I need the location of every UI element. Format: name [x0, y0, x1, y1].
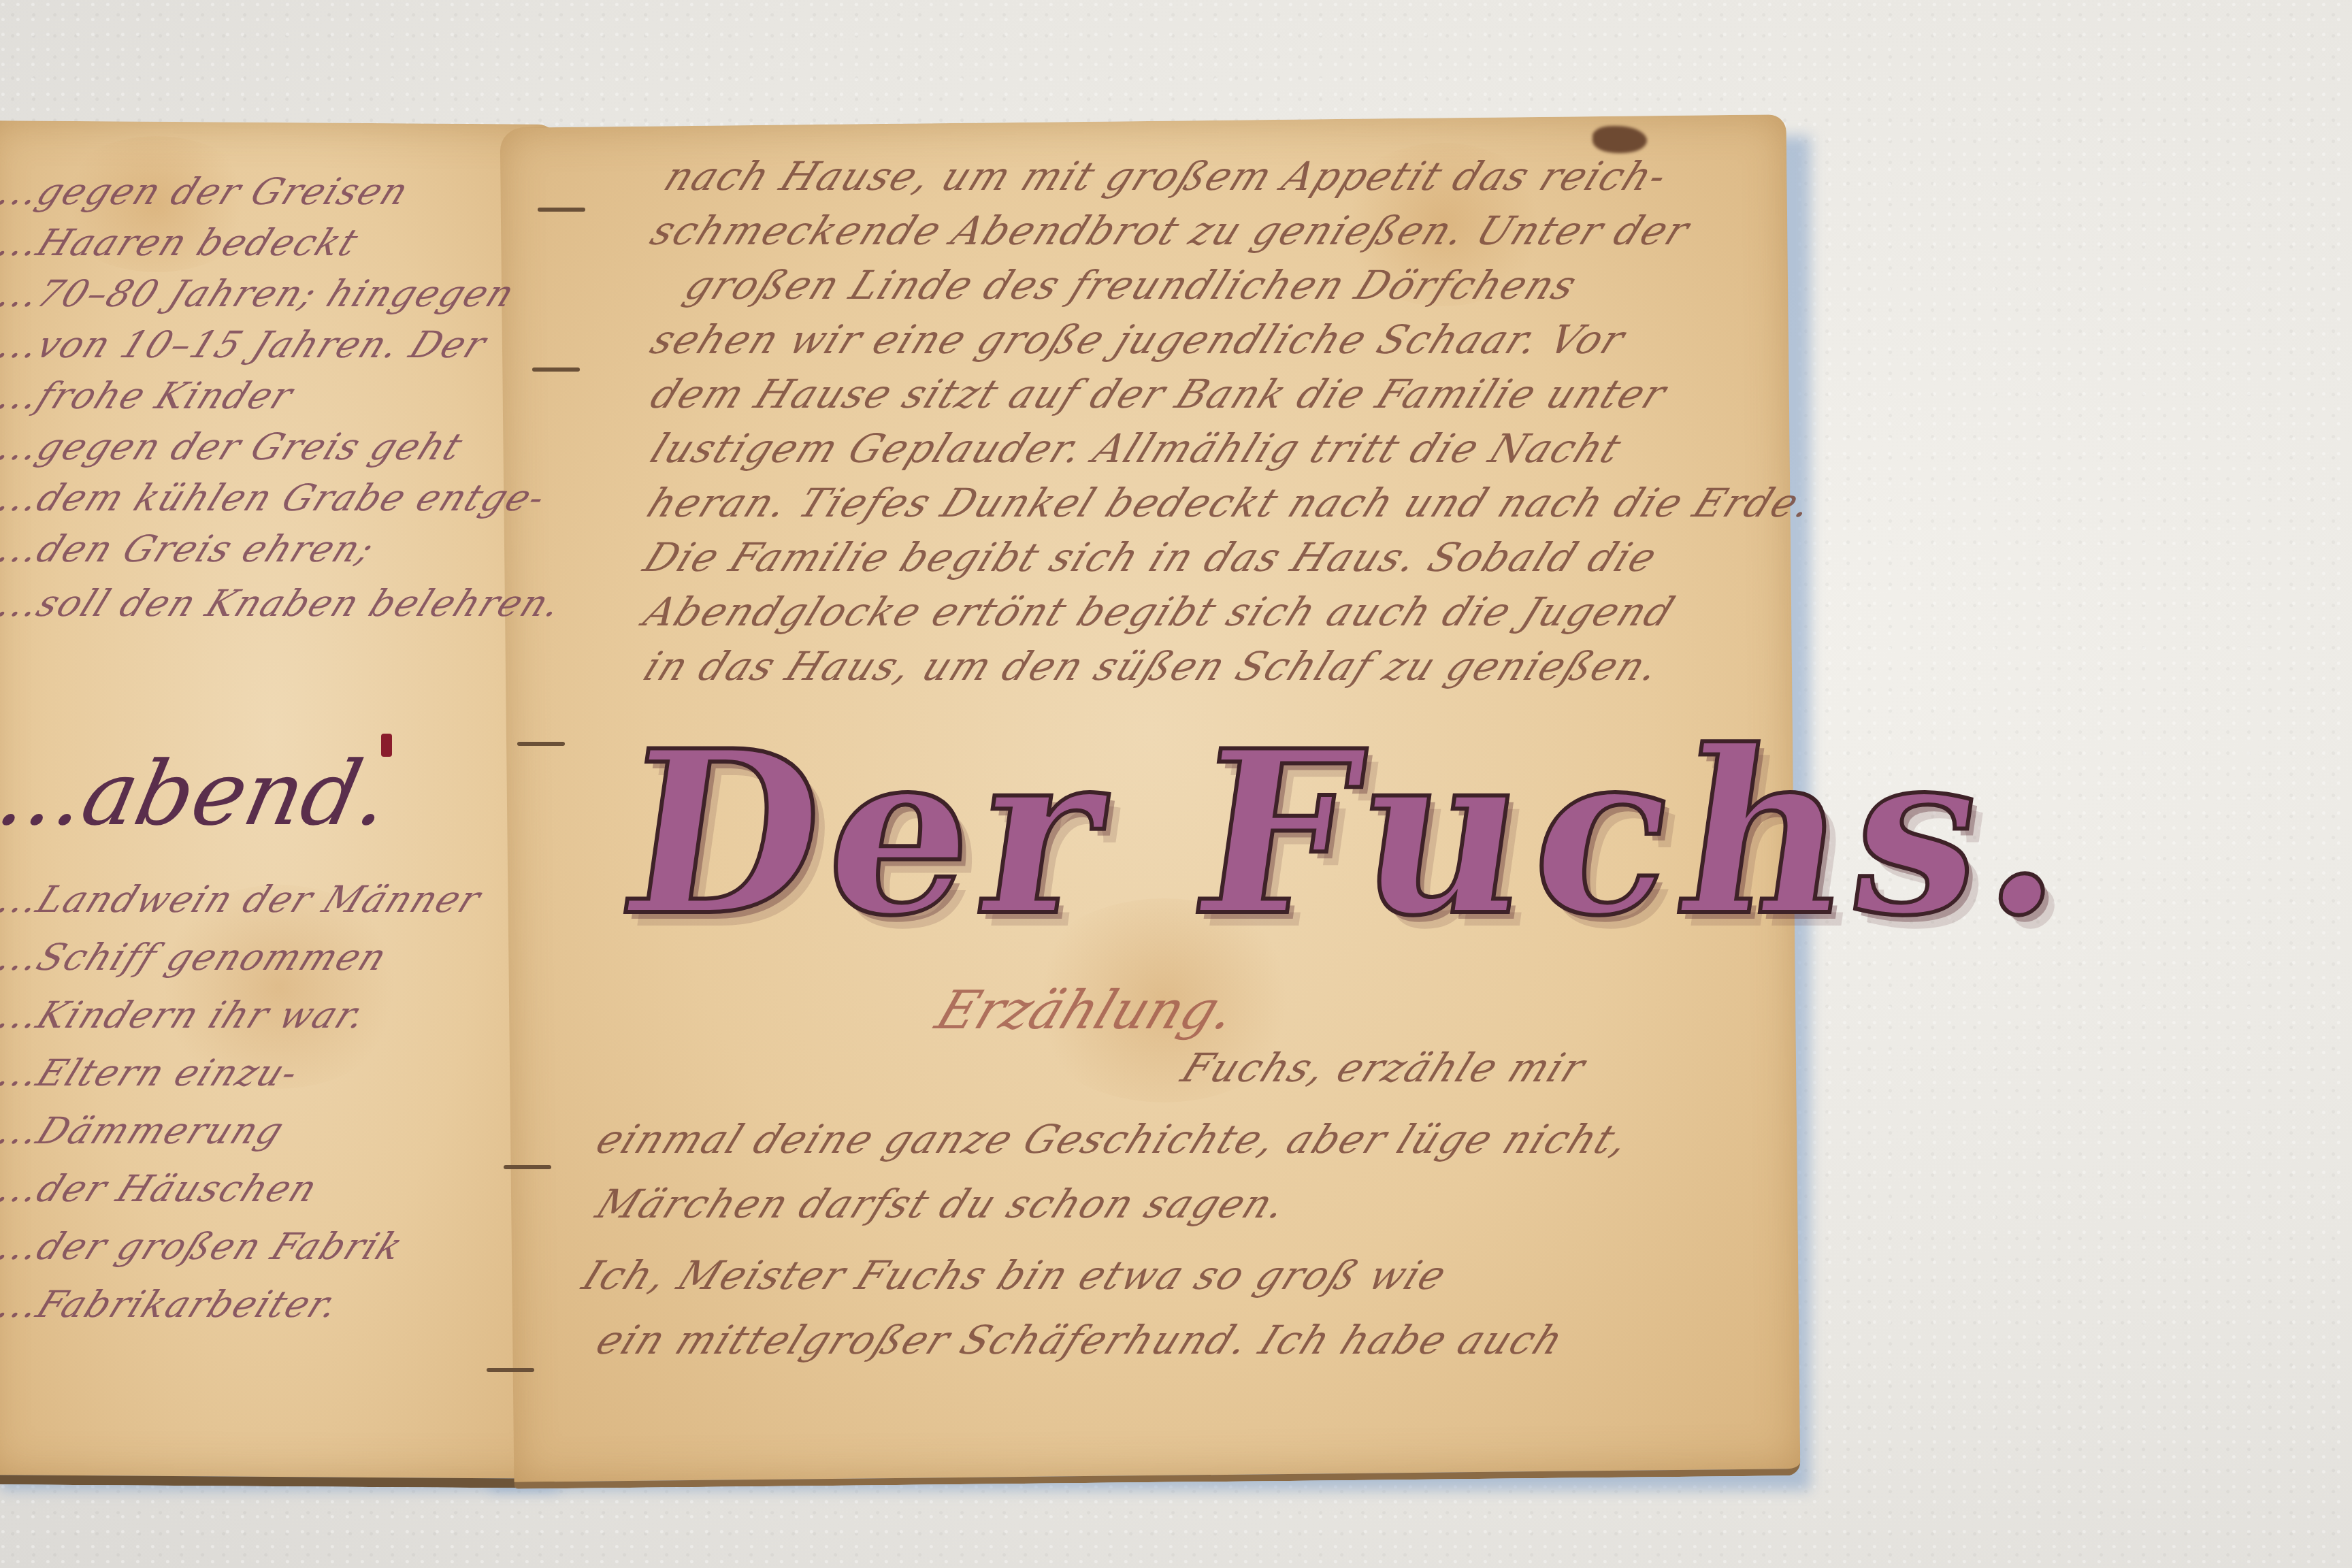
text-line: Ich, Meister Fuchs bin etwa so groß wie: [576, 1252, 1454, 1298]
text-line: ...70–80 Jahren; hingegen: [0, 272, 522, 315]
text-line: in das Haus, um den süßen Schlaf zu geni…: [637, 643, 1667, 689]
text-line: ...von 10–15 Jahren. Der: [0, 323, 493, 366]
text-line: ...Dämmerung: [0, 1109, 291, 1152]
text-line: sehen wir eine große jugendliche Schaar.…: [644, 316, 1633, 363]
text-line: dem Hause sitzt auf der Bank die Familie…: [644, 371, 1674, 417]
text-line: ...Eltern einzu-: [0, 1051, 306, 1094]
text-line: ...dem kühlen Grabe entge-: [0, 476, 553, 519]
binding-stitch: [504, 1165, 551, 1169]
text-line: ...frohe Kinder: [0, 374, 300, 417]
text-line: Fuchs, erzähle mir: [1175, 1045, 1593, 1091]
text-line: ...gegen der Greis geht: [0, 425, 470, 468]
story-subtitle: Erzählung.: [928, 980, 1245, 1041]
text-line: nach Hause, um mit großem Appetit das re…: [657, 153, 1676, 199]
text-line: heran. Tiefes Dunkel bedeckt nach und na…: [640, 480, 1820, 526]
text-line: ...Landwein der Männer: [0, 878, 488, 921]
text-line: lustigem Geplauder. Allmählig tritt die …: [644, 425, 1629, 472]
text-line: schmeckende Abendbrot zu genießen. Unter…: [644, 208, 1697, 254]
text-line: ein mittelgroßer Schäferhund. Ich habe a…: [589, 1317, 1571, 1363]
text-line: ...gegen der Greisen: [0, 170, 416, 213]
binding-stitch: [538, 208, 585, 212]
binding-stitch: [517, 742, 565, 746]
text-line: ...Haaren bedeckt: [0, 221, 365, 264]
text-line: ...Schiff genommen: [0, 936, 395, 979]
text-line: einmal deine ganze Geschichte, aber lüge…: [589, 1116, 1637, 1162]
text-line: ...soll den Knaben belehren.: [0, 582, 570, 625]
text-line: ...der Häuschen: [0, 1167, 325, 1210]
text-line: ...den Greis ehren;: [0, 527, 382, 570]
text-line: ...Fabrikarbeiter.: [0, 1283, 346, 1326]
text-line: ...Kindern ihr war.: [0, 994, 374, 1036]
text-line: Abendglocke ertönt begibt sich auch die …: [637, 589, 1682, 635]
story-title: Der Fuchs.: [608, 701, 2097, 965]
text-line: Die Familie begibt sich in das Haus. Sob…: [637, 534, 1665, 581]
text-line: großen Linde des freundlichen Dörfchens: [678, 262, 1584, 308]
left-page-heading: ...abend.: [0, 742, 399, 845]
text-line: ...der großen Fabrik: [0, 1225, 410, 1268]
binding-stitch: [487, 1368, 534, 1372]
corner-damage: [1592, 126, 1647, 153]
binding-stitch: [532, 367, 580, 372]
text-line: Märchen darfst du schon sagen.: [589, 1181, 1294, 1227]
